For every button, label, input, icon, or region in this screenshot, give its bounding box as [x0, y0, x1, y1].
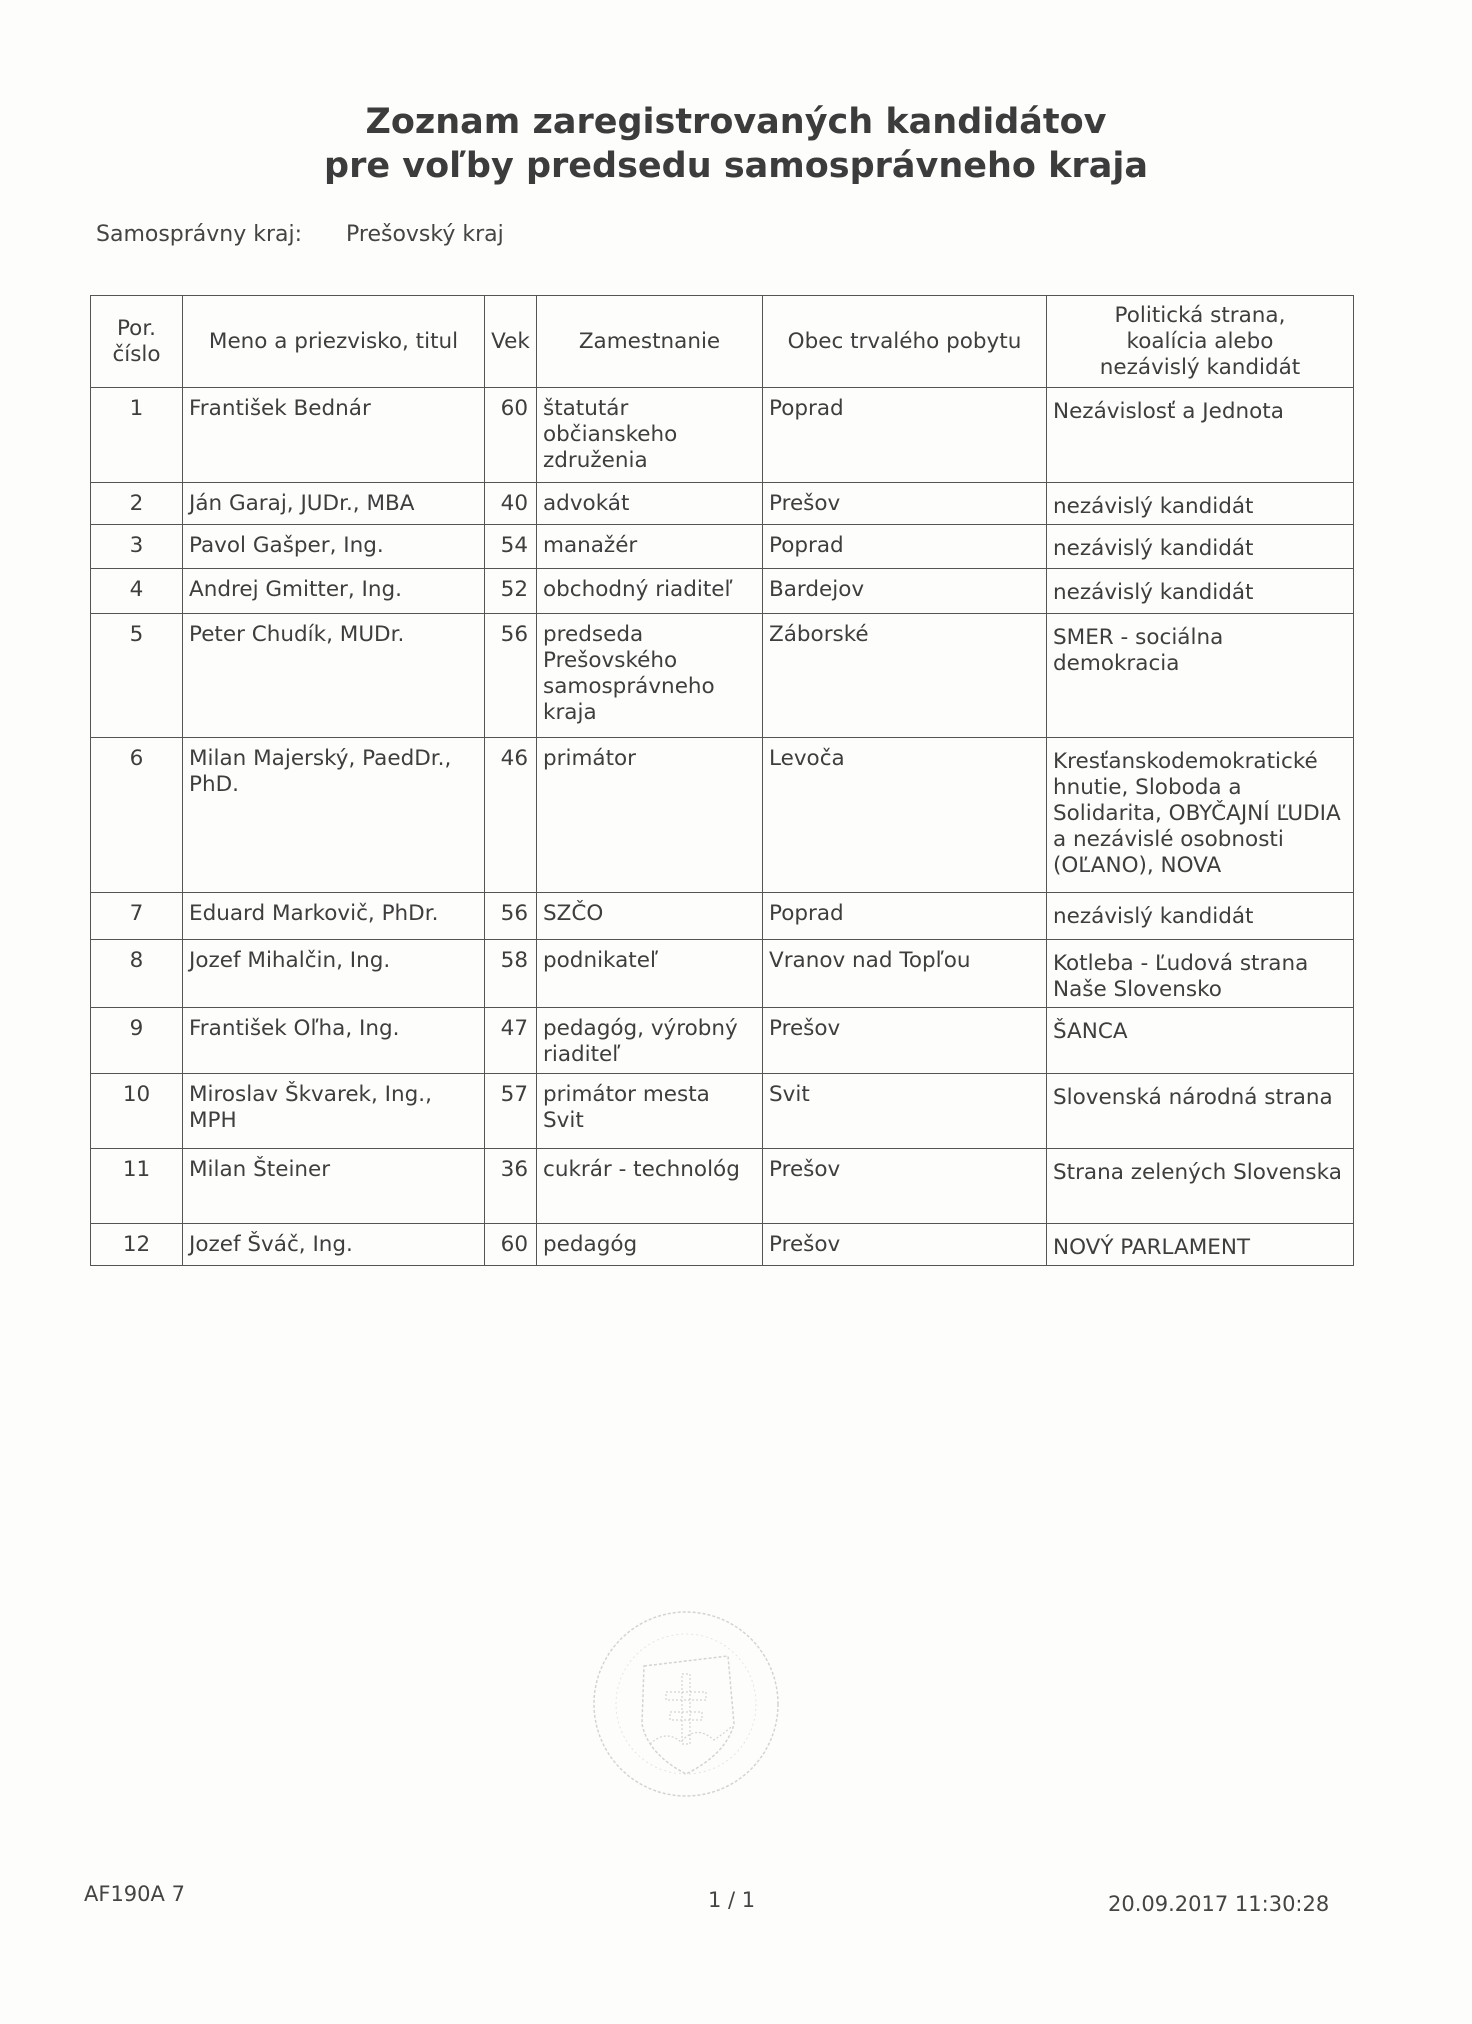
candidate-name: Eduard Markovič, PhDr. [183, 893, 485, 940]
candidate-age: 60 [485, 388, 537, 483]
candidate-occupation: SZČO [537, 893, 763, 940]
row-number: 7 [91, 893, 183, 940]
table-row: 4Andrej Gmitter, Ing.52obchodný riaditeľ… [91, 569, 1354, 614]
candidate-age: 36 [485, 1149, 537, 1224]
candidate-name: Pavol Gašper, Ing. [183, 525, 485, 569]
header-name: Meno a priezvisko, titul [183, 296, 485, 388]
header-number: Por. číslo [91, 296, 183, 388]
title-line-2: pre voľby predsedu samosprávneho kraja [0, 144, 1472, 188]
candidate-name: František Bednár [183, 388, 485, 483]
candidate-age: 46 [485, 738, 537, 893]
row-number: 8 [91, 940, 183, 1008]
header-residence: Obec trvalého pobytu [763, 296, 1047, 388]
candidate-age: 57 [485, 1074, 537, 1149]
candidate-age: 58 [485, 940, 537, 1008]
region-label: Samosprávny kraj: [96, 222, 302, 247]
region-value: Prešovský kraj [346, 222, 504, 247]
row-number: 2 [91, 483, 183, 525]
candidate-residence: Poprad [763, 893, 1047, 940]
candidate-residence: Poprad [763, 388, 1047, 483]
table-row: 12Jozef Šváč, Ing.60pedagógPrešovNOVÝ PA… [91, 1224, 1354, 1266]
table-row: 8Jozef Mihalčin, Ing.58podnikateľVranov … [91, 940, 1354, 1008]
row-number: 9 [91, 1008, 183, 1074]
candidate-name: Jozef Mihalčin, Ing. [183, 940, 485, 1008]
candidate-occupation: primátor mesta Svit [537, 1074, 763, 1149]
candidate-name: Jozef Šváč, Ing. [183, 1224, 485, 1266]
candidate-name: Milan Majerský, PaedDr., PhD. [183, 738, 485, 893]
candidate-age: 56 [485, 614, 537, 738]
candidate-party: nezávislý kandidát [1047, 893, 1354, 940]
candidate-name: Peter Chudík, MUDr. [183, 614, 485, 738]
candidate-age: 40 [485, 483, 537, 525]
footer-document-code: AF190A 7 [84, 1882, 185, 1906]
candidate-occupation: advokát [537, 483, 763, 525]
candidate-name: Milan Šteiner [183, 1149, 485, 1224]
candidate-residence: Bardejov [763, 569, 1047, 614]
candidate-residence: Svit [763, 1074, 1047, 1149]
candidate-age: 47 [485, 1008, 537, 1074]
candidate-occupation: manažér [537, 525, 763, 569]
table-row: 7Eduard Markovič, PhDr.56SZČOPopradnezáv… [91, 893, 1354, 940]
candidate-occupation: pedagóg [537, 1224, 763, 1266]
candidate-occupation: cukrár - technológ [537, 1149, 763, 1224]
row-number: 5 [91, 614, 183, 738]
table-row: 11Milan Šteiner36cukrár - technológPrešo… [91, 1149, 1354, 1224]
candidate-occupation: predseda Prešovského samosprávneho kraja [537, 614, 763, 738]
candidate-occupation: obchodný riaditeľ [537, 569, 763, 614]
official-stamp-icon [586, 1604, 786, 1804]
header-age: Vek [485, 296, 537, 388]
candidate-age: 60 [485, 1224, 537, 1266]
row-number: 1 [91, 388, 183, 483]
candidate-name: Andrej Gmitter, Ing. [183, 569, 485, 614]
candidate-party: Slovenská národná strana [1047, 1074, 1354, 1149]
title-line-1: Zoznam zaregistrovaných kandidátov [0, 100, 1472, 144]
candidate-occupation: pedagóg, výrobný riaditeľ [537, 1008, 763, 1074]
candidate-residence: Poprad [763, 525, 1047, 569]
candidate-name: Miroslav Škvarek, Ing., MPH [183, 1074, 485, 1149]
candidate-occupation: štatutár občianskeho združenia [537, 388, 763, 483]
row-number: 3 [91, 525, 183, 569]
candidate-residence: Záborské [763, 614, 1047, 738]
table-row: 5Peter Chudík, MUDr.56predseda Prešovské… [91, 614, 1354, 738]
candidate-age: 56 [485, 893, 537, 940]
row-number: 6 [91, 738, 183, 893]
candidate-age: 54 [485, 525, 537, 569]
header-occupation: Zamestnanie [537, 296, 763, 388]
candidate-residence: Prešov [763, 483, 1047, 525]
row-number: 11 [91, 1149, 183, 1224]
candidate-residence: Prešov [763, 1224, 1047, 1266]
candidate-party: Nezávislosť a Jednota [1047, 388, 1354, 483]
candidate-residence: Prešov [763, 1008, 1047, 1074]
table-row: 2Ján Garaj, JUDr., MBA40advokátPrešovnez… [91, 483, 1354, 525]
table-row: 6Milan Majerský, PaedDr., PhD.46primátor… [91, 738, 1354, 893]
table-header-row: Por. číslo Meno a priezvisko, titul Vek … [91, 296, 1354, 388]
candidate-name: František Oľha, Ing. [183, 1008, 485, 1074]
row-number: 10 [91, 1074, 183, 1149]
table-row: 1František Bednár60štatutár občianskeho … [91, 388, 1354, 483]
candidate-party: Kresťanskodemokratické hnutie, Sloboda a… [1047, 738, 1354, 893]
row-number: 12 [91, 1224, 183, 1266]
candidate-occupation: podnikateľ [537, 940, 763, 1008]
candidate-party: ŠANCA [1047, 1008, 1354, 1074]
candidate-residence: Prešov [763, 1149, 1047, 1224]
footer-page-number: 1 / 1 [708, 1888, 755, 1912]
document-title: Zoznam zaregistrovaných kandidátov pre v… [0, 100, 1472, 188]
table-row: 9František Oľha, Ing.47pedagóg, výrobný … [91, 1008, 1354, 1074]
candidate-name: Ján Garaj, JUDr., MBA [183, 483, 485, 525]
row-number: 4 [91, 569, 183, 614]
candidate-party: Kotleba - Ľudová strana Naše Slovensko [1047, 940, 1354, 1008]
footer-datetime: 20.09.2017 11:30:28 [1108, 1892, 1329, 1916]
candidate-party: nezávislý kandidát [1047, 525, 1354, 569]
candidate-party: nezávislý kandidát [1047, 569, 1354, 614]
candidate-party: nezávislý kandidát [1047, 483, 1354, 525]
table-row: 3Pavol Gašper, Ing.54manažérPopradnezávi… [91, 525, 1354, 569]
candidate-occupation: primátor [537, 738, 763, 893]
candidate-party: Strana zelených Slovenska [1047, 1149, 1354, 1224]
candidate-party: NOVÝ PARLAMENT [1047, 1224, 1354, 1266]
candidate-residence: Vranov nad Topľou [763, 940, 1047, 1008]
candidate-age: 52 [485, 569, 537, 614]
candidate-residence: Levoča [763, 738, 1047, 893]
candidate-party: SMER - sociálna demokracia [1047, 614, 1354, 738]
candidates-table: Por. číslo Meno a priezvisko, titul Vek … [90, 295, 1354, 1266]
table-row: 10Miroslav Škvarek, Ing., MPH57primátor … [91, 1074, 1354, 1149]
header-party: Politická strana, koalícia alebo nezávis… [1047, 296, 1354, 388]
